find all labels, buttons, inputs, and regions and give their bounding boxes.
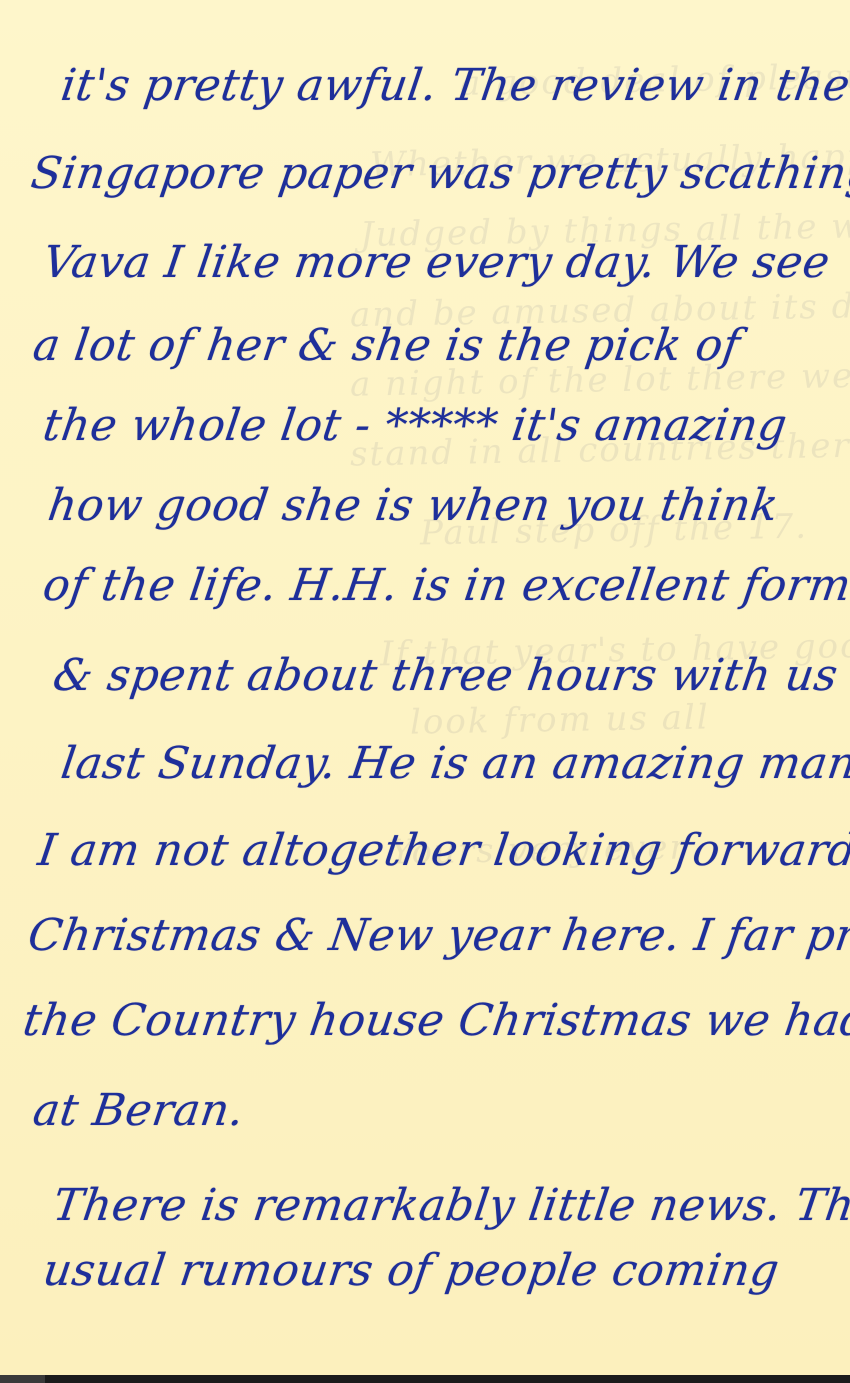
letter-line: & spent about three hours with us [50,650,841,701]
letter-line: Vava I like more every day. We see [40,237,833,288]
horizontal-scrollbar[interactable] [0,1375,850,1383]
letter-line: of the life. H.H. is in excellent form [40,560,850,611]
show-through-line: look from us all [410,697,710,742]
letter-line: a lot of her & she is the pick of [30,320,743,371]
scrollbar-thumb[interactable] [0,1375,45,1383]
letter-line: There is remarkably little news. The [50,1180,850,1231]
letter-line: it's pretty awful. The review in the [58,60,850,111]
letter-line: at Beran. [30,1085,248,1136]
letter-page: a good deal of pleasureWhether we actual… [0,0,850,1375]
letter-line: usual rumours of people coming [40,1245,782,1296]
letter-line: I am not altogether looking forward to [35,825,850,876]
letter-line: last Sunday. He is an amazing man. [58,738,850,789]
letter-line: Singapore paper was pretty scathing. [28,148,850,199]
letter-line: how good she is when you think [45,480,782,531]
letter-line: the Country house Christmas we had [20,995,850,1046]
letter-line: the whole lot - ***** it's amazing [40,400,790,451]
letter-line: Christmas & New year here. I far prefer [25,910,850,961]
